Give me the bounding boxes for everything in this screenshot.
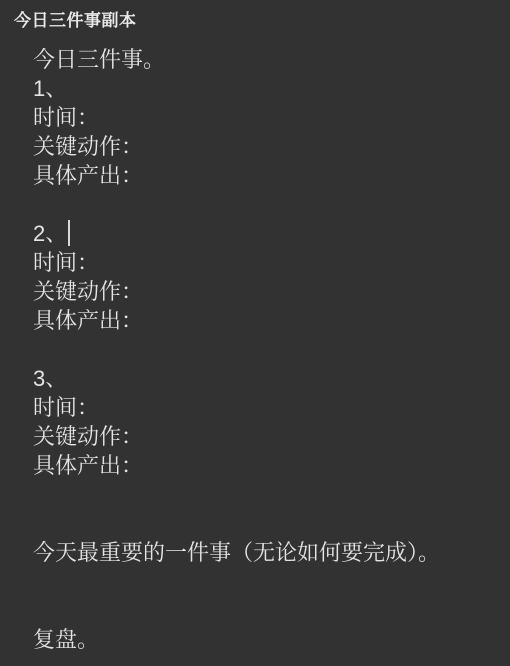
note-line[interactable]: 关键动作： — [33, 277, 502, 306]
note-line[interactable]: 时间： — [33, 248, 502, 277]
note-line-empty[interactable] — [33, 335, 502, 364]
note-line[interactable]: 具体产出： — [33, 306, 502, 335]
note-line-text: 2、 — [33, 221, 67, 246]
note-line-empty[interactable] — [33, 567, 502, 596]
note-line[interactable]: 1、 — [33, 74, 502, 103]
note-line-empty[interactable] — [33, 190, 502, 219]
note-line[interactable]: 具体产出： — [33, 161, 502, 190]
text-cursor — [68, 220, 70, 246]
note-line[interactable]: 今天最重要的一件事（无论如何要完成）。 — [33, 538, 502, 567]
note-line[interactable]: 时间： — [33, 393, 502, 422]
note-line[interactable]: 具体产出： — [33, 451, 502, 480]
note-line[interactable]: 2、 — [33, 219, 502, 248]
note-line-empty[interactable] — [33, 509, 502, 538]
note-line[interactable]: 时间： — [33, 103, 502, 132]
note-line-empty[interactable] — [33, 596, 502, 625]
note-line-empty[interactable] — [33, 480, 502, 509]
note-title[interactable]: 今日三件事副本 — [14, 6, 137, 31]
note-line[interactable]: 关键动作： — [33, 132, 502, 161]
note-line[interactable]: 关键动作： — [33, 422, 502, 451]
note-line[interactable]: 今日三件事。 — [33, 45, 502, 74]
note-line[interactable]: 复盘。 — [33, 625, 502, 654]
notes-window: 今日三件事副本 今日三件事。 1、 时间： 关键动作： 具体产出： 2、 时间：… — [0, 0, 510, 666]
note-editor[interactable]: 今日三件事。 1、 时间： 关键动作： 具体产出： 2、 时间： 关键动作： 具… — [33, 45, 502, 654]
note-line[interactable]: 3、 — [33, 364, 502, 393]
